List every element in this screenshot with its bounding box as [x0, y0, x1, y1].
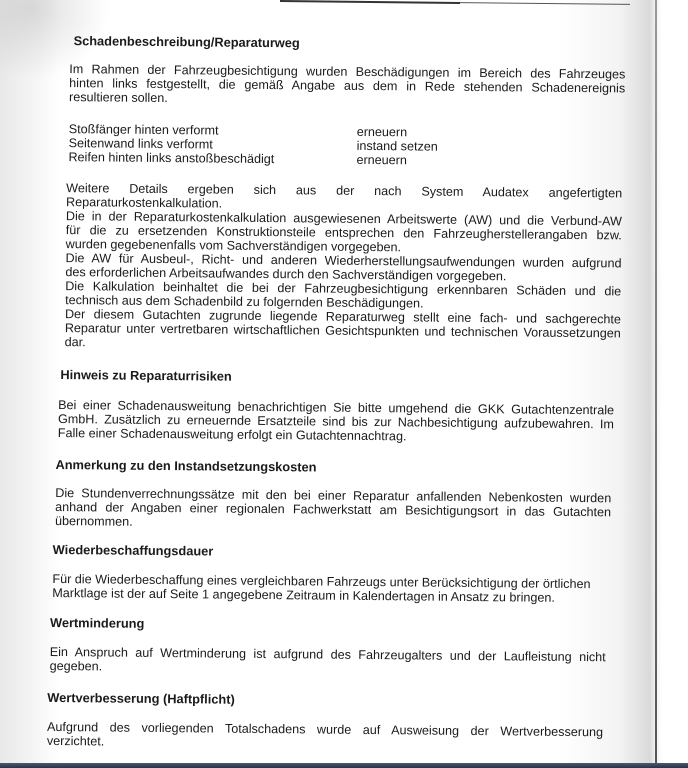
header-rule: [280, 0, 460, 4]
heading-wertverbesserung: Wertverbesserung (Haftpflicht): [47, 691, 235, 707]
paragraph-wertverbesserung: Aufgrund des vorliegenden Totalschadens …: [47, 720, 603, 753]
damage-part: Reifen hinten links anstoßbeschädigt: [68, 150, 274, 166]
damage-part: Seitenwand links verformt: [69, 136, 213, 151]
heading-wiederbeschaffungsdauer: Wiederbeschaffungsdauer: [53, 543, 214, 559]
paragraph-reparaturrisiken: Bei einer Schadenausweitung benachrichti…: [58, 398, 614, 445]
heading-wertminderung: Wertminderung: [50, 616, 144, 631]
paragraph-instandsetzungskosten: Die Stundenverrechnungssätze mit den bei…: [55, 486, 611, 533]
damage-action: erneuern: [356, 153, 407, 167]
damage-action: instand setzen: [357, 139, 438, 154]
heading-instandsetzungskosten: Anmerkung zu den Instandsetzungskosten: [55, 458, 316, 475]
paragraph-wertminderung: Ein Anspruch auf Wertminderung ist aufgr…: [50, 645, 606, 678]
paragraph-intro: Im Rahmen der Fahrzeugbesichtigung wurde…: [69, 62, 625, 109]
scanned-page: Schadenbeschreibung/Reparaturweg Im Rahm…: [0, 0, 688, 768]
damage-action: erneuern: [357, 125, 408, 139]
scanner-bottom-edge: [0, 763, 688, 768]
damage-part: Stoßfänger hinten verformt: [69, 122, 219, 137]
heading-schadenbeschreibung: Schadenbeschreibung/Reparaturweg: [74, 34, 300, 50]
header-rule-right: [460, 2, 630, 5]
paragraph-wiederbeschaffungsdauer: Für die Wiederbeschaffung eines vergleic…: [52, 572, 608, 605]
page-edge: [655, 0, 657, 768]
heading-reparaturrisiken: Hinweis zu Reparaturrisiken: [60, 368, 232, 384]
paragraph-details: Weitere Details ergeben sich aus der nac…: [65, 181, 623, 354]
